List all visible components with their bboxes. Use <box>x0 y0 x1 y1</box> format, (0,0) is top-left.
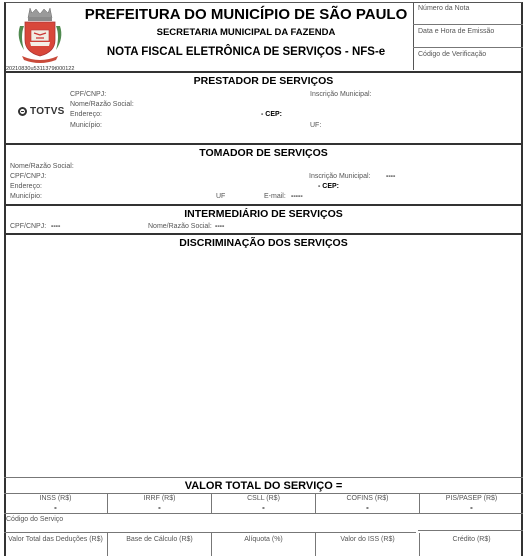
prestador-nome-label: Nome/Razão Social: <box>70 101 134 108</box>
tributo-label: PIS/PASEP (R$) <box>420 495 523 502</box>
prefeitura-title: PREFEITURA DO MUNICÍPIO DE SÃO PAULO <box>78 6 414 23</box>
tributo-inss: INSS (R$) - <box>4 493 108 513</box>
tomador-section-title: TOMADOR DE SERVIÇOS <box>4 147 523 159</box>
tributo-cofins: COFINS (R$) - <box>316 493 420 513</box>
calculo-aliquota: Alíquota (%) <box>212 533 316 556</box>
totvs-logo-text: TOTVS <box>30 106 65 117</box>
calculo-label: Crédito (R$) <box>420 536 523 543</box>
calculo-label: Valor do ISS (R$) <box>316 536 419 543</box>
tributo-label: INSS (R$) <box>4 495 107 502</box>
section-divider <box>4 143 523 145</box>
tributo-value: - <box>4 503 107 512</box>
data-emissao-label: Data e Hora de Emissão <box>418 28 494 35</box>
tomador-cep-label: - CEP: <box>318 183 339 190</box>
prestador-cep-label: - CEP: <box>261 111 282 118</box>
section-divider <box>4 71 523 73</box>
tributo-value: - <box>420 503 523 512</box>
calculo-label: Valor Total das Deduções (R$) <box>4 536 107 543</box>
numero-nota-label: Número da Nota <box>418 5 469 12</box>
calculo-row: Valor Total das Deduções (R$) Base de Cá… <box>4 533 523 556</box>
tomador-municipio-label: Município: <box>10 193 42 200</box>
calculo-deducoes: Valor Total das Deduções (R$) <box>4 533 108 556</box>
intermediario-section-title: INTERMEDIÁRIO DE SERVIÇOS <box>4 208 523 220</box>
section-divider <box>418 530 523 531</box>
divider <box>413 47 523 48</box>
tomador-cpf-label: CPF/CNPJ: <box>10 173 46 180</box>
tomador-email-value: ----- <box>291 193 303 200</box>
section-divider <box>4 233 523 235</box>
codigo-verificacao-cell: Código de Verificação <box>414 48 524 70</box>
note-info-box: Número da Nota Data e Hora de Emissão Có… <box>413 2 524 70</box>
tributo-label: COFINS (R$) <box>316 495 419 502</box>
tributo-csll: CSLL (R$) - <box>212 493 316 513</box>
coat-of-arms-icon <box>14 6 66 64</box>
totvs-ring-icon <box>18 107 27 116</box>
codigo-servico-label: Código do Serviço <box>6 516 63 523</box>
tributo-pis-pasep: PIS/PASEP (R$) - <box>420 493 523 513</box>
prestador-cpf-label: CPF/CNPJ: <box>70 91 106 98</box>
tomador-inscricao-label: Inscrição Municipal: <box>309 173 370 180</box>
nfse-title: NOTA FISCAL ELETRÔNICA DE SERVIÇOS - NFS… <box>78 46 414 58</box>
section-divider <box>4 477 523 478</box>
tomador-nome-label: Nome/Razão Social: <box>10 163 74 170</box>
tomador-email-label: E-mail: <box>264 193 286 200</box>
prestador-uf-label: UF: <box>310 122 321 129</box>
tributo-value: - <box>212 503 315 512</box>
prestador-municipio-label: Município: <box>70 122 102 129</box>
discriminacao-content <box>10 252 515 474</box>
tributo-irrf: IRRF (R$) - <box>108 493 212 513</box>
discriminacao-section-title: DISCRIMINAÇÃO DOS SERVIÇOS <box>4 237 523 249</box>
numero-nota-cell: Número da Nota <box>414 2 524 24</box>
calculo-label: Alíquota (%) <box>212 536 315 543</box>
tributo-label: CSLL (R$) <box>212 495 315 502</box>
section-divider <box>4 204 523 206</box>
prestador-endereco-label: Endereço: <box>70 111 102 118</box>
tomador-endereco-label: Endereço: <box>10 183 42 190</box>
codigo-verificacao-label: Código de Verificação <box>418 51 486 58</box>
section-divider <box>4 513 523 514</box>
calculo-valor-iss: Valor do ISS (R$) <box>316 533 420 556</box>
intermediario-cpf-label: CPF/CNPJ: <box>10 223 46 230</box>
valor-total-row: VALOR TOTAL DO SERVIÇO = <box>4 480 523 492</box>
tributo-label: IRRF (R$) <box>108 495 211 502</box>
tributos-row: INSS (R$) - IRRF (R$) - CSLL (R$) - COFI… <box>4 493 523 513</box>
calculo-label: Base de Cálculo (R$) <box>108 536 211 543</box>
calculo-base: Base de Cálculo (R$) <box>108 533 212 556</box>
calculo-credito: Crédito (R$) <box>420 533 523 556</box>
tomador-inscricao-value: ---- <box>386 173 395 180</box>
data-emissao-cell: Data e Hora de Emissão <box>414 25 524 47</box>
tomador-uf-label: UF <box>216 193 225 200</box>
intermediario-nome-label: Nome/Razão Social: <box>148 223 212 230</box>
secretaria-subtitle: SECRETARIA MUNICIPAL DA FAZENDA <box>78 27 414 38</box>
intermediario-cpf-value: ---- <box>51 223 60 230</box>
divider <box>413 24 523 25</box>
prestador-section-title: PRESTADOR DE SERVIÇOS <box>4 75 523 87</box>
tributo-value: - <box>316 503 419 512</box>
prestador-inscricao-label: Inscrição Municipal: <box>310 91 371 98</box>
intermediario-nome-value: ---- <box>215 223 224 230</box>
tributo-value: - <box>108 503 211 512</box>
valor-total-label: VALOR TOTAL DO SERVIÇO = <box>185 480 343 492</box>
totvs-logo: TOTVS <box>18 106 65 117</box>
